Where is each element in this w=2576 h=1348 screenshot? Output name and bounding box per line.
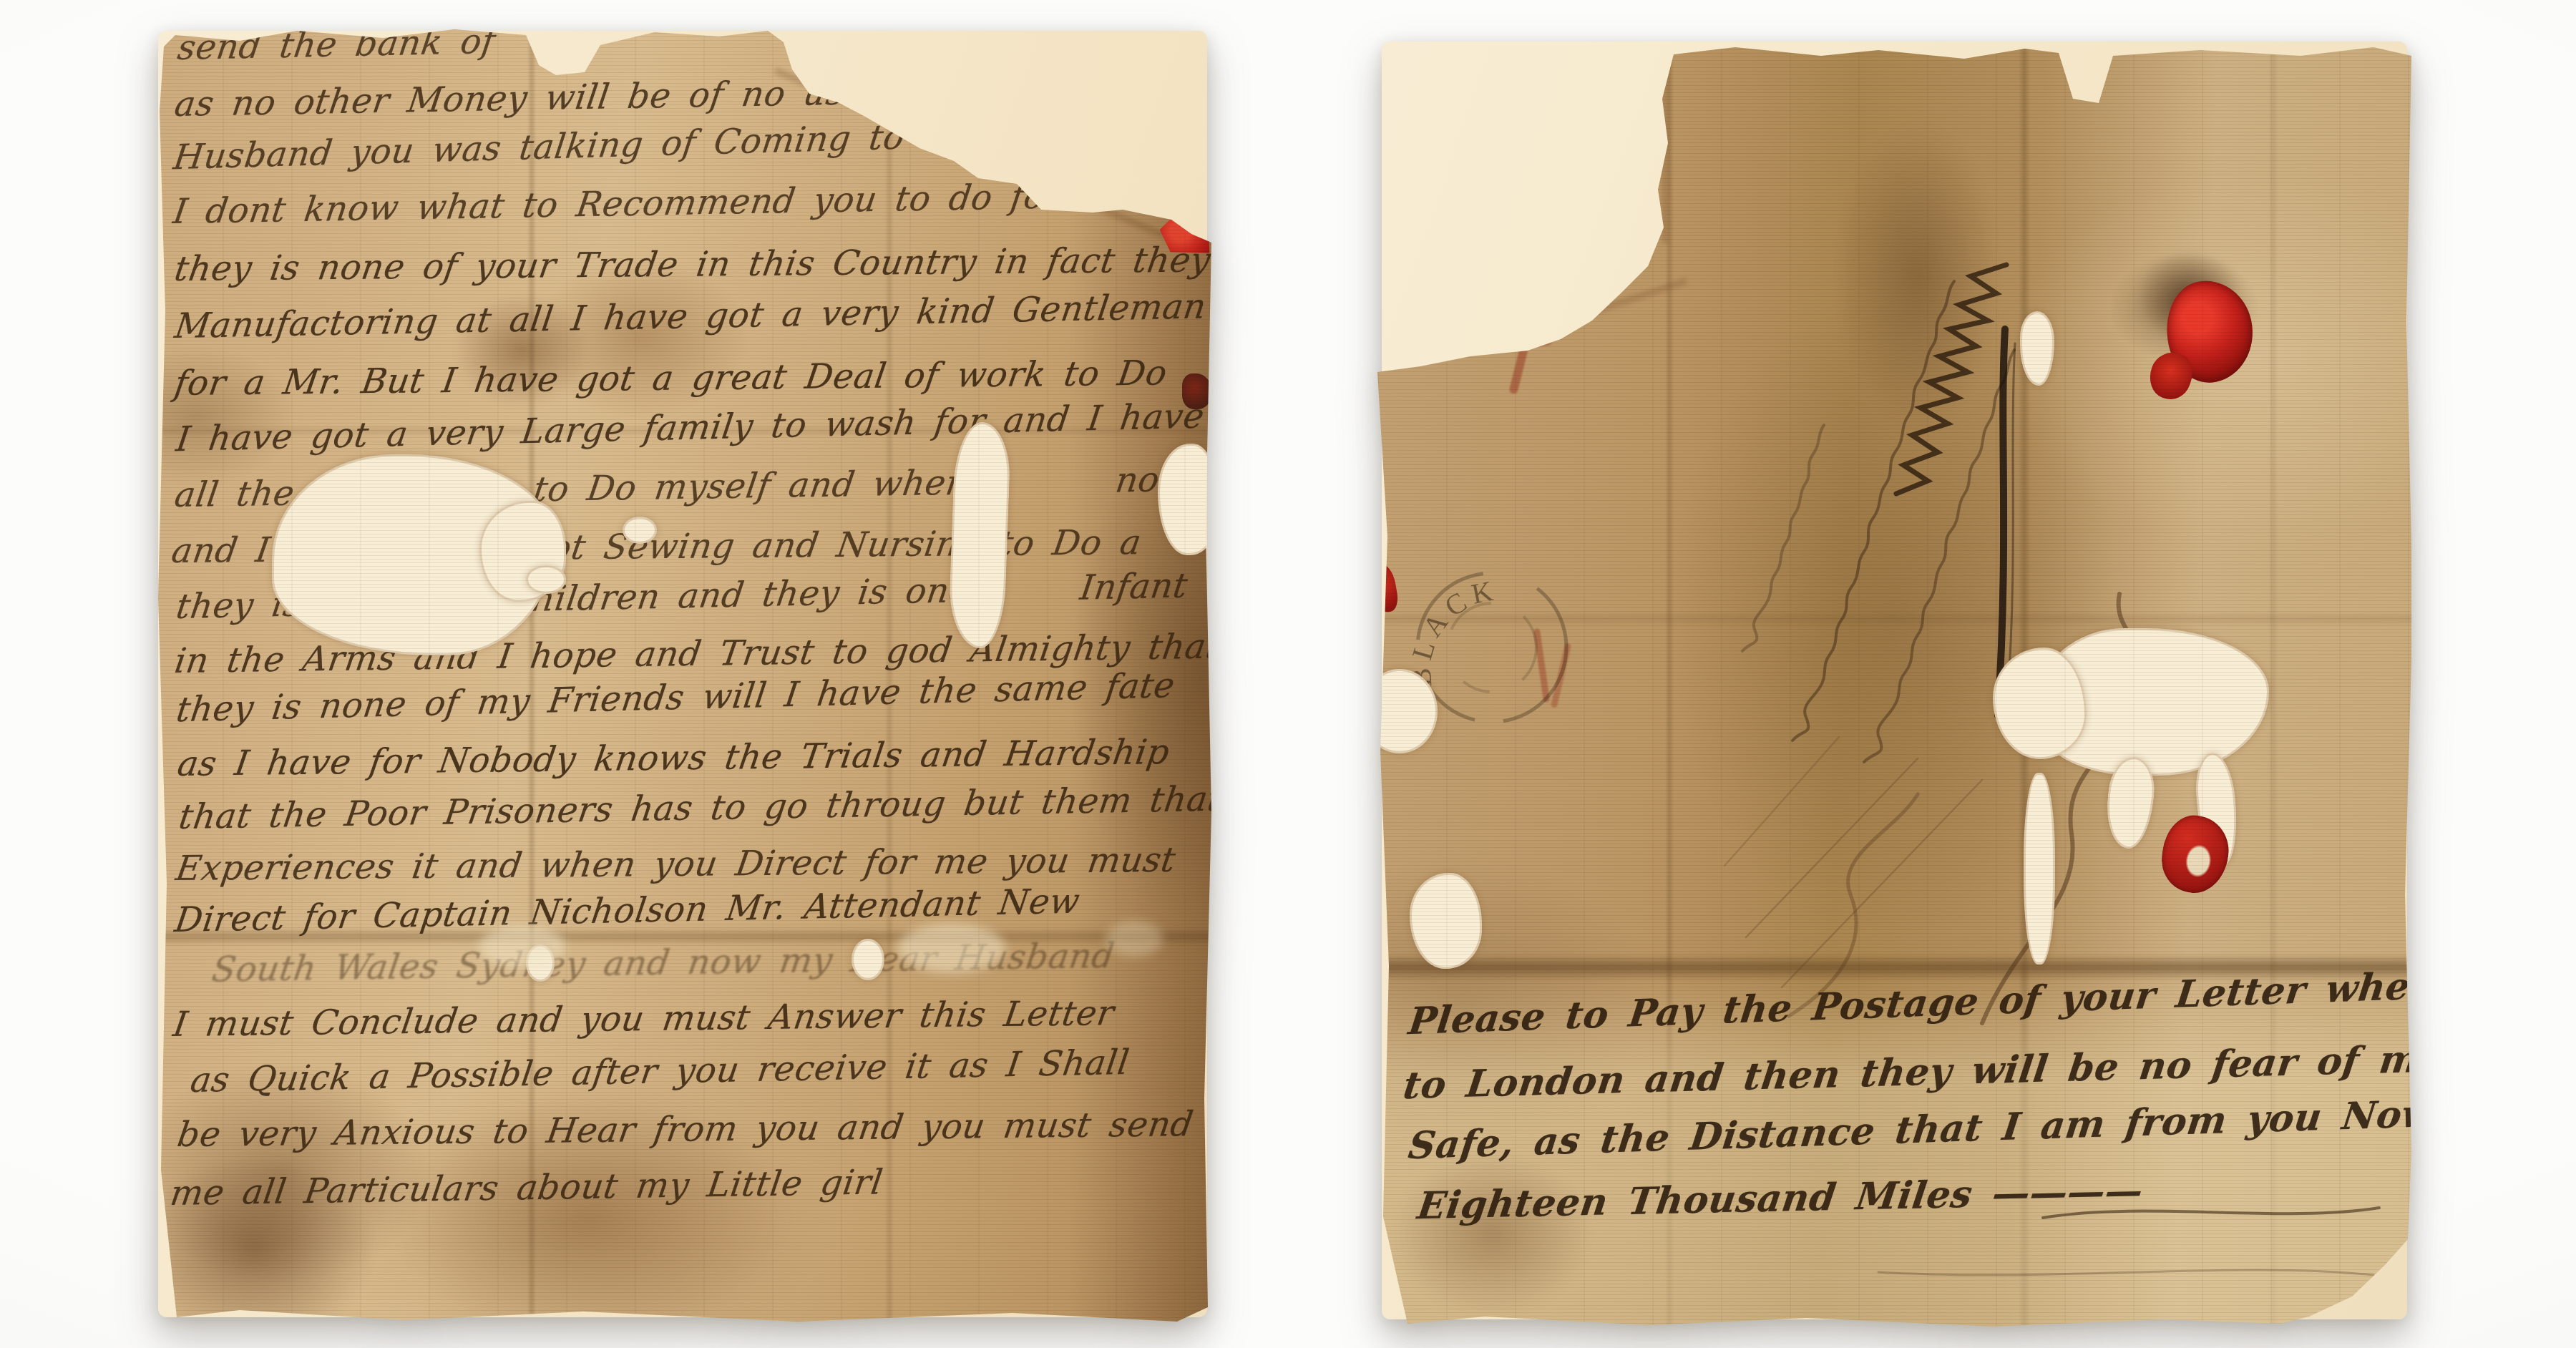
right-leaf: BLACK [1377,36,2411,1331]
handwriting-line: I must Conclude and you must Answer this… [171,996,1116,1042]
paper-loss-hole [2024,773,2055,964]
paper-loss-hole [1993,648,2087,759]
handwriting-line: they is none of your Trade in this Count… [172,242,1323,286]
handwriting-line: I dont know what to Recommend you to do … [171,179,1064,229]
handwriting-line: as Quick a Possible after you receive it… [188,1045,1131,1098]
handwriting-line: Experiences it and when you Direct for m… [174,843,1179,886]
fold-abrasion [898,923,1005,973]
fold-abrasion [1106,921,1163,957]
handwriting-line: be very Anxious to Hear from you and you… [175,1107,1196,1152]
ink-wax-blob [1182,373,1212,409]
handwriting-line: me all Particulars about my Little girl [168,1165,885,1211]
left-page-paper: send the bank of as no other Money will … [154,25,1211,1329]
handwriting-line: as I have for Nobody knows the Trials an… [175,735,1172,781]
paper-loss-hole [1158,444,1219,555]
photograph-of-letter: send the bank of as no other Money will … [0,0,2576,1348]
paper-loss-hole [1410,873,1482,969]
paper-loss-hole [948,421,1012,650]
paper-loss-hole [852,939,884,980]
handwriting-line: Manufactoring at all I have got a very k… [172,289,1208,343]
handwriting-line: that the Poor Prisoners has to go throug… [177,782,1224,835]
handwriting-line: for a Mr. But I have got a great Deal of… [172,356,1169,401]
handwriting-line: Husband you was talking of Coming to New [172,117,1006,175]
left-leaf: send the bank of as no other Money will … [154,25,1211,1329]
paper-loss-hole [623,517,657,544]
fold-abrasion [479,925,565,968]
paper-loss-hole [1362,669,1438,753]
paper-loss-hole [526,565,566,594]
